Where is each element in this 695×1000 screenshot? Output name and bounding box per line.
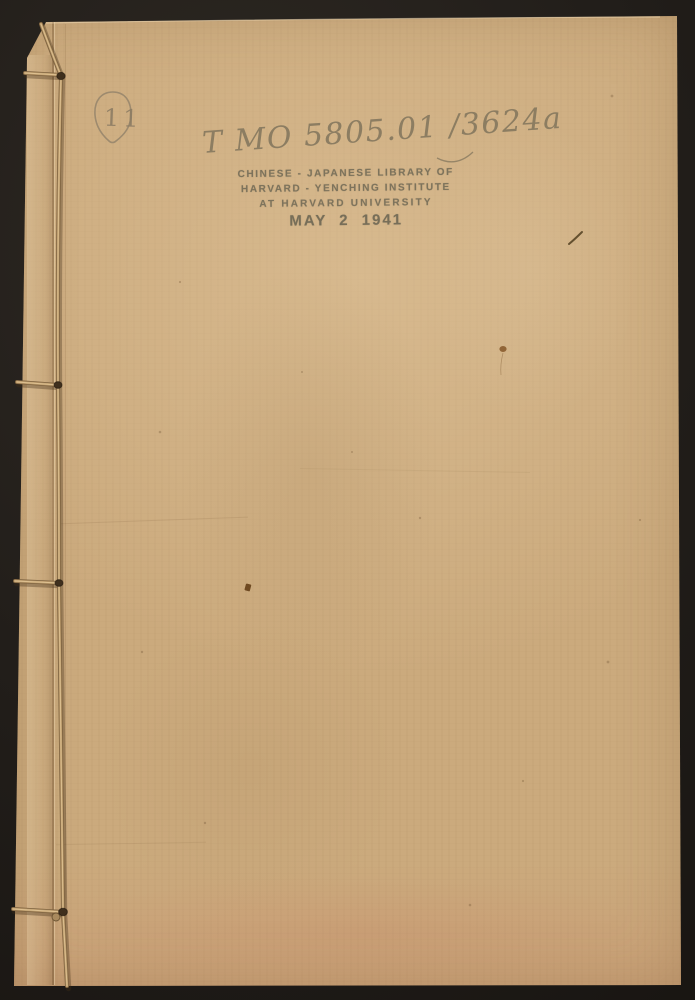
stitch-hole <box>55 580 63 587</box>
stitch-hole <box>59 908 68 916</box>
stamp-line-3: AT HARVARD UNIVERSITY <box>230 195 462 212</box>
ink-speck <box>244 583 251 591</box>
stain-spot <box>499 346 506 352</box>
stamp-date: MAY 2 1941 <box>230 211 462 230</box>
stain-fiber <box>501 353 503 375</box>
call-number: T MO 5805.01 /3624a <box>201 101 563 161</box>
fiber-speck <box>569 232 582 244</box>
stitch-hole <box>54 382 62 389</box>
binding-thread <box>13 24 69 989</box>
cover-top-edge-highlight <box>46 17 660 23</box>
binding-and-marks-overlay: 11 T MO 5805.01 /3624a <box>0 0 695 1000</box>
scan-background: 11 T MO 5805.01 /3624a CHINESE - JAPANES… <box>0 0 695 1000</box>
library-stamp: CHINESE - JAPANESE LIBRARY OF HARVARD - … <box>230 165 463 230</box>
call-number-flourish <box>437 152 473 162</box>
volume-mark: 11 <box>103 104 143 133</box>
stitch-hole <box>57 72 65 79</box>
